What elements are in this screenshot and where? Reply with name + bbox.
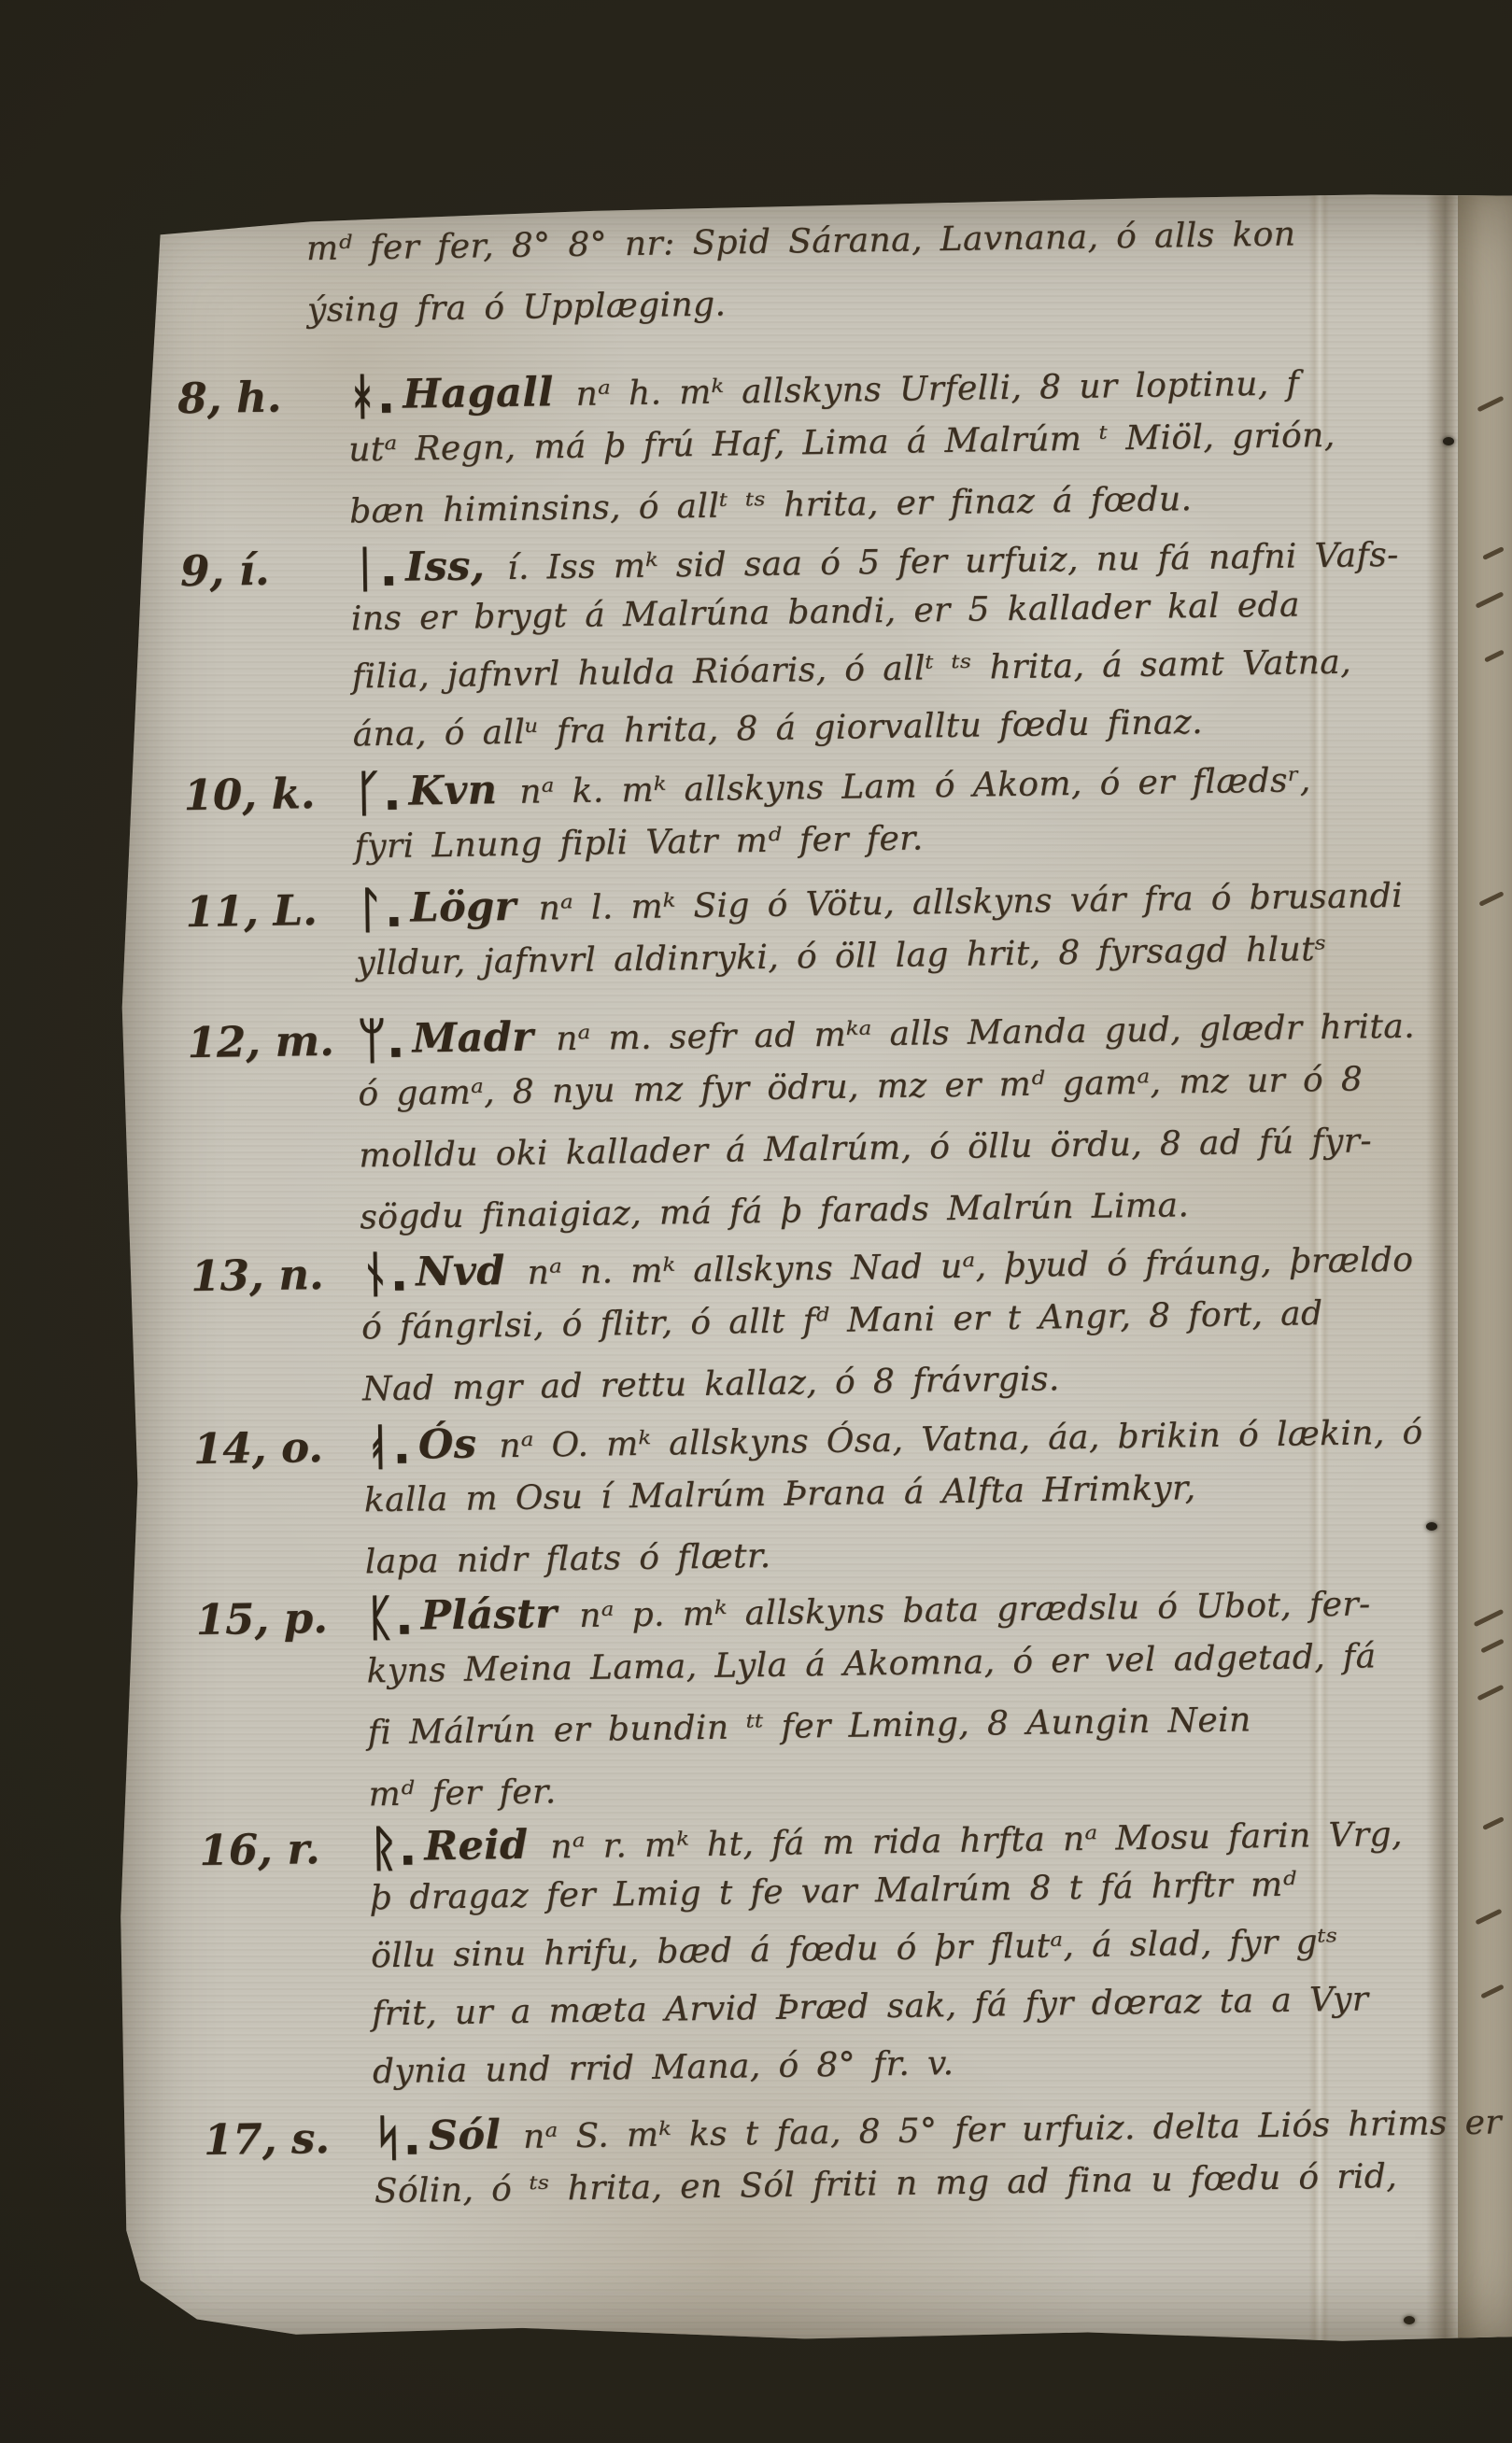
rune-name: Iss,	[405, 543, 486, 590]
entry-number: 8, h.	[177, 372, 342, 424]
entry-text: nᵃ S. mᵏ ks t faa, 8 5° fer urfuiz. delt…	[523, 2103, 1502, 2156]
hagall-rune-icon: ᚼ.	[347, 369, 396, 426]
entry-number: 10, k.	[183, 769, 347, 821]
entry-number: 16, r.	[199, 1823, 363, 1875]
rune-name: Kvn	[408, 767, 498, 814]
oss-rune-icon: ᚮ.	[363, 1419, 412, 1476]
rune-entry-hagall: 8, h. ᚼ.Hagall nᵃ h. mᵏ allskyns Urfelli…	[101, 352, 1512, 382]
entry-number: 9, í.	[180, 544, 345, 597]
entry-number: 14, o.	[193, 1421, 358, 1474]
rune-name: Madr	[412, 1014, 534, 1063]
rune-name: Hagall	[403, 369, 554, 417]
entry-number: 12, m.	[187, 1016, 351, 1068]
entry-number: 13, n.	[191, 1249, 355, 1301]
handwritten-text: mᵈ fer fer, 8° 8° nr: Spid Sárana, Lavna…	[98, 173, 1512, 2358]
rune-name: Sól	[429, 2111, 502, 2159]
rune-name: Reid	[424, 1822, 529, 1871]
entry-text: nᵃ h. mᵏ allskyns Urfelli, 8 ur loptinu,…	[575, 364, 1299, 413]
reid-rune-icon: ᚱ.	[369, 1821, 417, 1878]
kaun-rune-icon: ᚴ.	[353, 766, 402, 823]
madr-rune-icon: ᛘ.	[357, 1013, 405, 1070]
entry-number: 11, L.	[185, 885, 349, 938]
plastr-rune-icon: ᛕ.	[365, 1590, 414, 1647]
naud-rune-icon: ᚾ.	[360, 1247, 409, 1304]
preamble-line: ýsing fra ó Upplæging.	[307, 285, 727, 330]
entry-text: í. Iss mᵏ sid saa ó 5 fer urfuiz, nu fá …	[507, 536, 1399, 587]
logr-rune-icon: ᛚ.	[355, 883, 403, 939]
sol-rune-icon: ᛋ.	[374, 2111, 422, 2168]
entry-number: 17, s.	[204, 2112, 368, 2165]
entry-text: nᵃ n. mᵏ allskyns Nad uᵃ, þyud ó fráung,…	[527, 1241, 1413, 1292]
rune-name: Plástr	[420, 1590, 557, 1639]
entry-text: nᵃ p. mᵏ allskyns bata grædslu ó Ubot, f…	[579, 1585, 1371, 1635]
rune-name: Ós	[418, 1421, 477, 1469]
rune-entry-madr: 12, m. ᛘ.Madr nᵃ m. sefr ad mᵏᵃ alls Man…	[110, 996, 1512, 1026]
entry-text: nᵃ O. mᵏ allskyns Ósa, Vatna, áa, brikin…	[499, 1414, 1423, 1466]
preamble-line: mᵈ fer fer, 8° 8° nr: Spid Sárana, Lavna…	[306, 215, 1296, 268]
rune-name: Nvd	[416, 1248, 505, 1295]
entry-text: nᵃ k. mᵏ allskyns Lam ó Akom, ó er flæds…	[519, 761, 1311, 812]
archive-photo: mᵈ fer fer, 8° 8° nr: Spid Sárana, Lavna…	[0, 0, 1512, 2443]
iss-rune-icon: ᛁ.	[350, 542, 399, 599]
entry-text: nᵃ l. mᵏ Sig ó Vötu, allskyns vár fra ó …	[538, 877, 1403, 928]
rune-name: Lögr	[410, 883, 516, 932]
entry-number: 15, p.	[195, 1592, 360, 1645]
entry-text: nᵃ m. sefr ad mᵏᵃ alls Manda gud, glædr …	[556, 1008, 1415, 1059]
manuscript-page: mᵈ fer fer, 8° 8° nr: Spid Sárana, Lavna…	[98, 185, 1512, 2350]
entry-text: nᵃ r. mᵏ ht, fá m rida hrfta nᵃ Mosu far…	[550, 1815, 1403, 1867]
